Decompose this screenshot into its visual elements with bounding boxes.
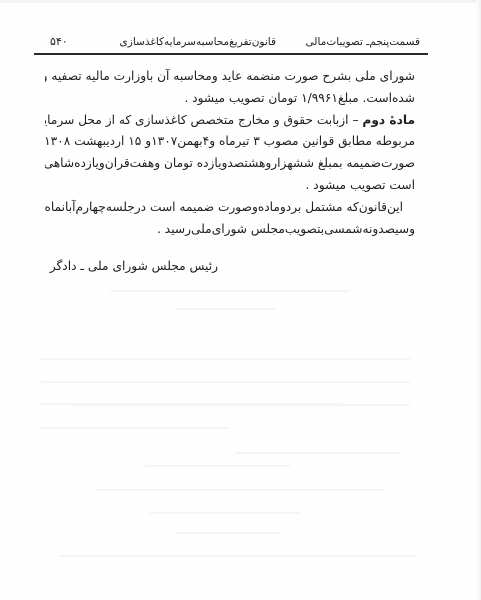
bleed-through-mark xyxy=(145,465,290,467)
body-line-7: این‌قانون‌که مشتمل بردوماده‌وصورت ضمیمه … xyxy=(45,197,415,219)
bleed-through-mark xyxy=(40,427,230,429)
body-line-4: مربوطه مطابق قوانین مصوب ۳ تیرماه و۴بهمن… xyxy=(45,131,415,153)
page-edge-right xyxy=(476,0,481,600)
bleed-through-mark xyxy=(175,308,275,310)
signature: رئیس مجلس شورای ملی ـ دادگر xyxy=(58,259,218,273)
bleed-through-mark xyxy=(40,381,410,383)
header-section-title: قسمت‌پنجم‌ـ تصویبات‌مالی xyxy=(306,36,420,48)
body-line-5: صورت‌ضمیمه بمبلغ ششهزاروهشتصدویازده توما… xyxy=(45,153,415,175)
bleed-through-mark xyxy=(150,512,300,514)
body-line-8: وسیصدونه‌شمسی‌بتصویب‌مجلس شورای‌ملی‌رسید… xyxy=(45,219,415,241)
body-line-2: شده‌است. مبلغ۱/۹۹۶۱ تومان تصویب میشود . xyxy=(45,88,415,110)
article-two-heading: مادهٔ دوم xyxy=(362,113,415,127)
header-law-title: قانون‌تفریغ‌محاسبه‌سرمایه‌کاغذسازی xyxy=(120,36,276,48)
body-text: شورای ملی بشرح صورت منضمه عاید ومحاسبه آ… xyxy=(45,66,415,240)
body-line-1: شورای ملی بشرح صورت منضمه عاید ومحاسبه آ… xyxy=(45,66,415,88)
bleed-through-mark xyxy=(175,532,280,534)
page-edge-top xyxy=(0,0,481,3)
bleed-through-mark xyxy=(95,489,385,491)
bleed-through-mark xyxy=(70,404,410,406)
header-divider xyxy=(34,53,428,55)
bleed-through-mark xyxy=(60,555,415,557)
page-number: ۵۴۰ xyxy=(50,35,68,48)
running-header: قسمت‌پنجم‌ـ تصویبات‌مالی قانون‌تفریغ‌محا… xyxy=(34,34,428,52)
article-two-text: – ازبابت حقوق و مخارج متخصص کاغذسازی که … xyxy=(45,113,359,127)
body-line-6: است تصویب میشود . xyxy=(45,175,415,197)
document-page: قسمت‌پنجم‌ـ تصویبات‌مالی قانون‌تفریغ‌محا… xyxy=(0,0,481,600)
body-line-3: مادهٔ دوم – ازبابت حقوق و مخارج متخصص کا… xyxy=(45,110,415,132)
bleed-through-mark xyxy=(235,452,400,454)
bleed-through-mark xyxy=(40,358,410,360)
bleed-through-mark xyxy=(110,290,350,292)
